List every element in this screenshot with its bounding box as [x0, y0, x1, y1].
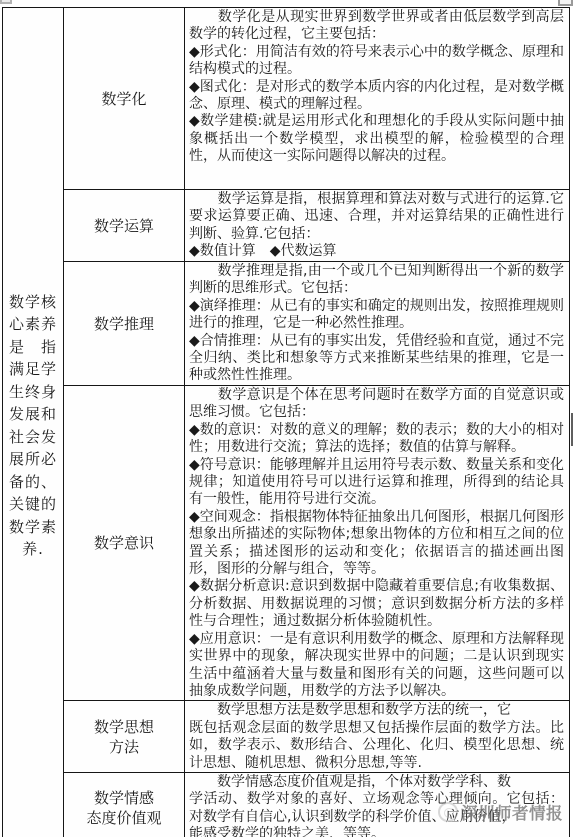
scrollbar-fragment[interactable] — [571, 413, 573, 446]
category-cell: 数学化 — [64, 8, 185, 190]
category-cell: 数学意识 — [64, 386, 185, 701]
category-cell: 数学运算 — [64, 190, 185, 262]
description-cell: 数学情感态度价值观是指，个体对数学学科、数 学活动、数学对象的喜好、立场观念等心… — [185, 772, 570, 837]
description-cell: 数学化是从现实世界到数学世界或者由低层数学到高层数学的转化过程，它主要包括： ◆… — [185, 8, 570, 190]
description-cell: 数学推理是指,由一个或几个已知判断得出一个新的数学判断的思维形式。它包括： ◆演… — [185, 262, 570, 386]
table-row: 数学意识 数学意识是个体在思考问题时在数学方面的自觉意识或思维习惯。它包括： ◆… — [3, 386, 570, 701]
category-cell: 数学推理 — [64, 262, 185, 386]
table-move-handle-fragment[interactable] — [0, 0, 12, 4]
table-row: 数学推理 数学推理是指,由一个或几个已知判断得出一个新的数学判断的思维形式。它包… — [3, 262, 570, 386]
table-row: 数学情感 态度价值观 数学情感态度价值观是指，个体对数学学科、数 学活动、数学对… — [3, 772, 570, 837]
table-row: 数学核 心素养 是 指 满足学 生终身 发展和 社会发 展所必 备的、 关键的 … — [3, 8, 570, 190]
category-cell: 数学思想 方法 — [64, 701, 185, 773]
table-row: 数学思想 方法 数学思想方法是数学思想和数学方法的统一，它 既包括观念层面的数学… — [3, 701, 570, 773]
row-group-header-cell: 数学核 心素养 是 指 满足学 生终身 发展和 社会发 展所必 备的、 关键的 … — [3, 8, 64, 837]
category-cell: 数学情感 态度价值观 — [64, 772, 185, 837]
description-cell: 数学思想方法是数学思想和数学方法的统一，它 既包括观念层面的数学思想又包括操作层… — [185, 701, 570, 773]
description-cell: 数学运算是指，根据算理和算法对数与式进行的运算.它要求运算要正确、迅速、合理，并… — [185, 190, 570, 262]
math-core-literacy-table: 数学核 心素养 是 指 满足学 生终身 发展和 社会发 展所必 备的、 关键的 … — [2, 7, 570, 837]
document-page: 数学核 心素养 是 指 满足学 生终身 发展和 社会发 展所必 备的、 关键的 … — [0, 0, 574, 837]
description-cell: 数学意识是个体在思考问题时在数学方面的自觉意识或思维习惯。它包括： ◆数的意识：… — [185, 386, 570, 701]
table-row: 数学运算 数学运算是指，根据算理和算法对数与式进行的运算.它要求运算要正确、迅速… — [3, 190, 570, 262]
table-resize-handle-fragment[interactable] — [558, 0, 573, 6]
